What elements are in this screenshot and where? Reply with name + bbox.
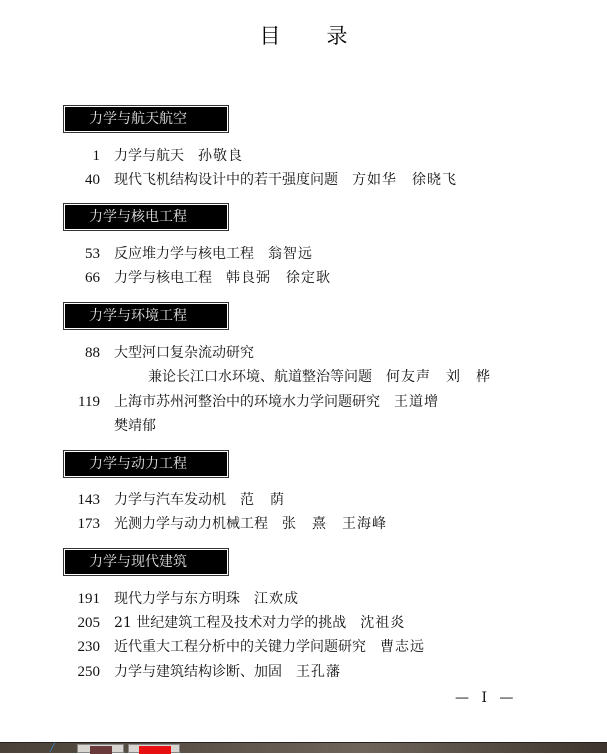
page-number: 53 <box>70 244 114 264</box>
entry-title: 光测力学与动力机械工程 <box>114 514 268 534</box>
entry-authors: 张 熹 王海峰 <box>282 514 387 534</box>
entry-authors: 韩良弼 徐定耿 <box>226 268 331 288</box>
entry-title: 上海市苏州河整治中的环境水力学问题研究 <box>114 392 380 412</box>
page-number: 230 <box>70 637 114 657</box>
page-number: 205 <box>70 613 114 633</box>
entry-authors: 范 荫 <box>240 490 285 510</box>
entry-title: 反应堆力学与核电工程 <box>114 244 254 264</box>
page-title: 目录 <box>0 20 607 50</box>
page-number: 66 <box>70 268 114 288</box>
toc-entry[interactable]: 53反应堆力学与核电工程翁智远 <box>70 244 313 264</box>
page-number: 40 <box>70 170 114 190</box>
section-header-power: 力学与动力工程 <box>65 452 227 476</box>
toc-entry[interactable]: 40现代飞机结构设计中的若干强度问题方如华 徐晓飞 <box>70 170 457 190</box>
taskbar-button-1[interactable] <box>77 744 124 752</box>
entry-title: 力学与核电工程 <box>114 268 212 288</box>
entry-authors: 王孔藩 <box>296 662 341 682</box>
taskbar-button-2[interactable] <box>128 744 180 752</box>
entry-title: 力学与建筑结构诊断、加固 <box>114 662 282 682</box>
entry-title: 力学与汽车发动机 <box>114 490 226 510</box>
document-page: 目录 力学与航天航空 1力学与航天孙敬良 40现代飞机结构设计中的若干强度问题方… <box>0 0 607 735</box>
page-number: 119 <box>70 392 114 412</box>
entry-title: 现代飞机结构设计中的若干强度问题 <box>114 170 338 190</box>
page-footer-number: — I — <box>455 690 517 706</box>
entry-title: 现代力学与东方明珠 <box>114 589 240 609</box>
entry-subtitle: 兼论长江口水环境、航道整治等问题 <box>148 369 372 385</box>
page-number: 173 <box>70 514 114 534</box>
toc-entry[interactable]: 88大型河口复杂流动研究 <box>70 343 254 363</box>
entry-authors: 王道增 <box>394 392 439 412</box>
entry-authors: 江欢成 <box>254 589 299 609</box>
entry-title: 21 世纪建筑工程及技术对力学的挑战 <box>114 613 346 633</box>
page-number: 143 <box>70 490 114 510</box>
entry-authors: 方如华 徐晓飞 <box>352 170 457 190</box>
entry-subtitle-line: 兼论长江口水环境、航道整治等问题何友声 刘 桦 <box>148 367 491 387</box>
section-header-nuclear: 力学与核电工程 <box>65 205 227 229</box>
window-thumbnail-icon <box>90 746 112 752</box>
entry-authors: 孙敬良 <box>198 146 243 166</box>
toc-entry[interactable]: 230近代重大工程分析中的关键力学问题研究曹志远 <box>70 637 425 657</box>
toc-entry[interactable]: 119上海市苏州河整治中的环境水力学问题研究王道增 <box>70 392 439 412</box>
toc-entry[interactable]: 191现代力学与东方明珠江欢成 <box>70 589 299 609</box>
taskbar: ╱ <box>0 742 607 752</box>
entry-authors: 翁智远 <box>268 244 313 264</box>
page-number: 250 <box>70 662 114 682</box>
section-header-architecture: 力学与现代建筑 <box>65 550 227 574</box>
toc-entry[interactable]: 173光测力学与动力机械工程张 熹 王海峰 <box>70 514 387 534</box>
toc-entry[interactable]: 1力学与航天孙敬良 <box>70 146 243 166</box>
entry-authors: 何友声 刘 桦 <box>386 369 491 385</box>
entry-title: 近代重大工程分析中的关键力学问题研究 <box>114 637 366 657</box>
section-header-environment: 力学与环境工程 <box>65 304 227 328</box>
toc-entry[interactable]: 250力学与建筑结构诊断、加固王孔藩 <box>70 662 341 682</box>
entry-authors: 曹志远 <box>380 637 425 657</box>
toc-entry[interactable]: 20521 世纪建筑工程及技术对力学的挑战沈祖炎 <box>70 613 405 633</box>
page-number: 191 <box>70 589 114 609</box>
section-header-aerospace: 力学与航天航空 <box>65 107 227 131</box>
page-number: 1 <box>70 146 114 166</box>
toc-entry[interactable]: 66力学与核电工程韩良弼 徐定耿 <box>70 268 331 288</box>
pen-icon[interactable]: ╱ <box>50 744 56 752</box>
toc-entry[interactable]: 143力学与汽车发动机范 荫 <box>70 490 285 510</box>
window-thumbnail-icon <box>139 746 171 752</box>
page-number: 88 <box>70 343 114 363</box>
entry-title: 力学与航天 <box>114 146 184 166</box>
entry-authors-continued: 樊靖郁 <box>114 416 156 436</box>
entry-authors: 沈祖炎 <box>360 613 405 633</box>
entry-title: 大型河口复杂流动研究 <box>114 343 254 363</box>
